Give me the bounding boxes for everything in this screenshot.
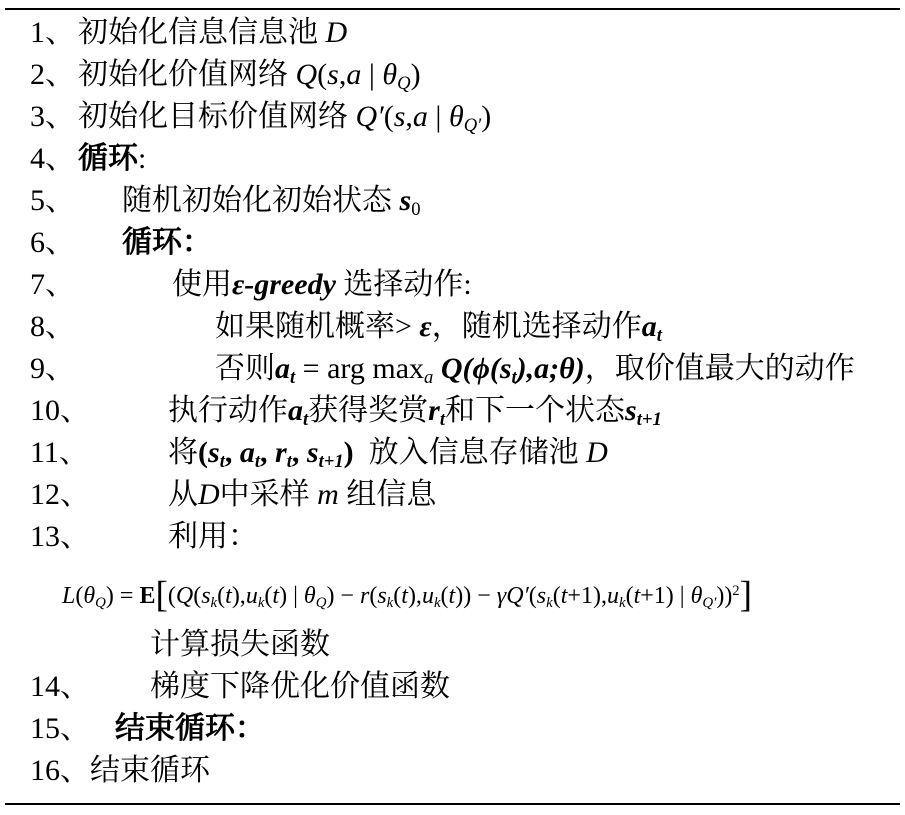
line-number: 6、: [30, 222, 122, 264]
text-segment: (: [553, 583, 561, 609]
text-segment: a: [346, 58, 361, 91]
text-segment: t+1: [637, 409, 662, 430]
text-segment: s: [377, 583, 386, 609]
text-segment: (: [217, 583, 225, 609]
text-segment: a: [424, 367, 433, 388]
text-segment: s: [327, 58, 339, 91]
text-segment: 将: [168, 436, 198, 469]
line-number: 9、: [30, 348, 215, 390]
line-number: 14、: [30, 666, 150, 708]
text-segment: 执行动作: [168, 394, 288, 427]
text-segment: = arg max: [295, 352, 424, 385]
text-segment: θ: [83, 583, 95, 609]
text-segment: (: [441, 583, 449, 609]
text-segment: r: [275, 436, 287, 469]
text-segment: ) =: [106, 583, 140, 609]
text-segment: 循环: [78, 142, 138, 175]
text-segment: θ: [304, 583, 316, 609]
text-segment: γQ′: [497, 583, 529, 609]
text-segment: 如果随机概率: [215, 310, 395, 343]
text-segment: (: [626, 583, 634, 609]
text-segment: ε: [419, 310, 431, 343]
text-segment: Q′: [348, 100, 384, 133]
text-segment: ),: [232, 583, 246, 609]
line-number: 11、: [30, 432, 168, 474]
text-segment: s: [394, 100, 406, 133]
text-segment: 2: [732, 583, 739, 599]
text-segment: Q′: [464, 115, 482, 136]
text-segment: 初始化价值网络: [78, 58, 288, 91]
text-segment: ): [481, 100, 491, 133]
text-segment: 初始化信息信息池: [78, 16, 318, 49]
text-segment: 获得奖赏: [308, 394, 428, 427]
text-segment: 计算损失函数: [150, 628, 330, 661]
text-segment: m: [310, 478, 347, 511]
text-segment: ): [344, 436, 354, 469]
text-segment: ,: [225, 436, 240, 469]
line-number: 16、: [30, 750, 90, 792]
text-segment: t+1: [319, 451, 344, 472]
text-segment: a: [288, 394, 303, 427]
step-11: 11、将(st, at, rt, st+1) 放入信息存储池 D: [30, 432, 905, 474]
text-segment: E: [139, 583, 155, 609]
text-segment: t: [401, 583, 408, 609]
loss-formula: L(θQ) = E[(Q(sk(t),uk(t) | θQ) − r(sk(t)…: [30, 558, 905, 624]
text-segment: ),a;θ): [517, 352, 585, 385]
step-16: 16、结束循环: [30, 750, 905, 792]
text-segment: 结束循环：: [115, 712, 265, 745]
text-segment: u: [246, 583, 258, 609]
text-segment: ): [411, 58, 421, 91]
top-border-line: [5, 8, 900, 10]
text-segment: ,: [405, 100, 413, 133]
text-segment: 利用：: [168, 520, 258, 553]
line-number: 1、: [30, 12, 78, 54]
text-segment: 初始化目标价值网络: [78, 100, 348, 133]
text-segment: >: [395, 310, 419, 343]
text-segment: ϕ: [472, 352, 489, 385]
line-number: 12、: [30, 474, 168, 516]
step-7: 7、使用ε-greedy 选择动作:: [30, 264, 905, 306]
text-segment: k: [619, 595, 626, 611]
text-segment: Q: [176, 583, 193, 609]
text-segment: ε-greedy: [232, 268, 336, 301]
text-segment: 组信息: [346, 478, 436, 511]
text-segment: |: [361, 58, 382, 91]
line-number: 3、: [30, 96, 78, 138]
text-segment: D: [198, 478, 220, 511]
loss-caption: 计算损失函数: [30, 624, 905, 666]
text-segment: L: [62, 583, 75, 609]
text-segment: |: [428, 100, 449, 133]
text-segment: Q: [397, 73, 410, 94]
text-segment: 结束循环: [90, 754, 210, 787]
text-segment: r: [428, 394, 440, 427]
text-segment: s: [392, 184, 411, 217]
text-segment: Q′: [702, 595, 716, 611]
text-segment: :: [138, 142, 146, 175]
text-segment: 中采样: [220, 478, 310, 511]
algorithm-figure: 1、初始化信息信息池 D2、初始化价值网络 Q(s,a | θQ)3、初始化目标…: [0, 0, 905, 815]
text-segment: u: [607, 583, 619, 609]
text-segment: )) −: [455, 583, 497, 609]
text-segment: r: [360, 583, 369, 609]
text-segment: t: [657, 325, 662, 346]
text-segment: s: [208, 436, 220, 469]
text-segment: θ: [382, 58, 397, 91]
text-segment: a: [240, 436, 255, 469]
step-8: 8、如果随机概率> ε，随机选择动作at: [30, 306, 905, 348]
step-15: 15、结束循环：: [30, 708, 905, 750]
line-number: 13、: [30, 516, 168, 558]
text-segment: 使用: [172, 268, 232, 301]
text-segment: D: [318, 16, 347, 49]
text-segment: (s: [490, 352, 512, 385]
text-segment: ，取价值最大的动作: [585, 352, 855, 385]
text-segment: Q: [316, 595, 327, 611]
step-4: 4、循环:: [30, 138, 905, 180]
text-segment: 放入信息存储池: [354, 436, 579, 469]
line-number: 4、: [30, 138, 78, 180]
text-segment: θ: [691, 583, 703, 609]
text-segment: 从: [168, 478, 198, 511]
text-segment: ，随机选择动作: [432, 310, 642, 343]
bottom-border-line: [5, 803, 900, 805]
text-segment: s: [307, 436, 319, 469]
text-segment: 梯度下降优化价值函数: [150, 670, 450, 703]
step-10: 10、执行动作at获得奖赏rt和下一个状态st+1: [30, 390, 905, 432]
text-segment: u: [422, 583, 434, 609]
text-segment: (: [317, 58, 327, 91]
text-segment: 循环：: [122, 226, 212, 259]
text-segment: a: [275, 352, 290, 385]
step-2: 2、初始化价值网络 Q(s,a | θQ): [30, 54, 905, 96]
text-segment: Q(: [433, 352, 472, 385]
text-segment: ) −: [326, 583, 360, 609]
line-number: 2、: [30, 54, 78, 96]
text-segment: (: [529, 583, 537, 609]
text-segment: 和下一个状态: [445, 394, 625, 427]
text-segment: (: [168, 583, 176, 609]
text-segment: (: [384, 100, 394, 133]
text-segment: )): [716, 583, 732, 609]
step-12: 12、从D中采样 m 组信息: [30, 474, 905, 516]
text-segment: s: [201, 583, 210, 609]
step-3: 3、初始化目标价值网络 Q′(s,a | θQ′): [30, 96, 905, 138]
text-segment: t: [225, 583, 232, 609]
text-segment: k: [434, 595, 441, 611]
text-segment: ),: [408, 583, 422, 609]
text-segment: (: [193, 583, 201, 609]
text-segment: D: [579, 436, 608, 469]
algorithm-lines: 1、初始化信息信息池 D2、初始化价值网络 Q(s,a | θQ)3、初始化目标…: [30, 12, 905, 792]
text-segment: Q: [95, 595, 106, 611]
text-segment: ]: [740, 575, 752, 616]
text-segment: ,: [260, 436, 275, 469]
text-segment: s: [537, 583, 546, 609]
text-segment: k: [546, 595, 553, 611]
step-5: 5、随机初始化初始状态 s0: [30, 180, 905, 222]
text-segment: s: [625, 394, 637, 427]
step-1: 1、初始化信息信息池 D: [30, 12, 905, 54]
text-segment: ,: [292, 436, 307, 469]
step-9: 9、否则at = arg maxa Q(ϕ(st),a;θ)，取价值最大的动作: [30, 348, 905, 390]
text-segment: a: [642, 310, 657, 343]
text-segment: Q: [288, 58, 317, 91]
text-segment: +1),: [567, 583, 607, 609]
line-number: 8、: [30, 306, 215, 348]
text-segment: 否则: [215, 352, 275, 385]
text-segment: +1) |: [640, 583, 690, 609]
line-number: 15、: [30, 708, 115, 750]
text-segment: θ: [449, 100, 464, 133]
text-segment: (: [198, 436, 208, 469]
step-13: 13、利用：: [30, 516, 905, 558]
text-segment: [: [155, 575, 167, 616]
text-segment: ) |: [279, 583, 304, 609]
line-number: 7、: [30, 264, 172, 306]
text-segment: 选择动作:: [336, 268, 472, 301]
text-segment: a: [413, 100, 428, 133]
step-14: 14、梯度下降优化价值函数: [30, 666, 905, 708]
line-number: 10、: [30, 390, 168, 432]
step-6: 6、循环：: [30, 222, 905, 264]
text-segment: 随机初始化初始状态: [122, 184, 392, 217]
line-number: 5、: [30, 180, 122, 222]
text-segment: 0: [411, 199, 420, 220]
